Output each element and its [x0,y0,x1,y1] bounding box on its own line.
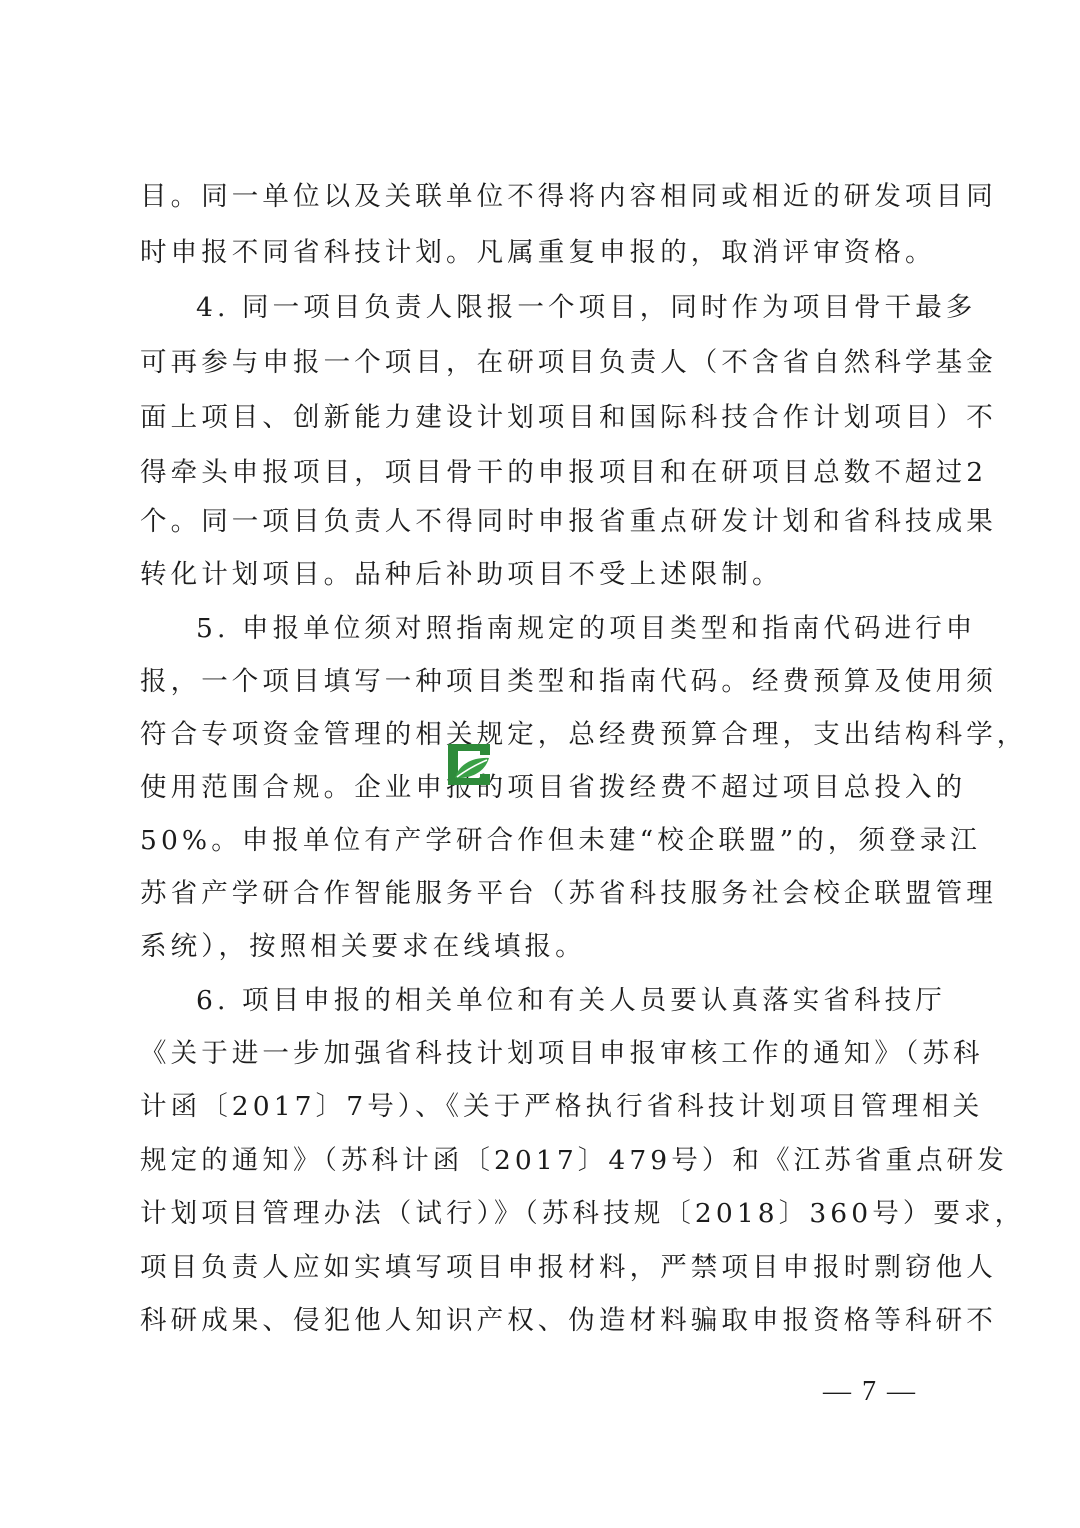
paragraph-5-start: 5. 申报单位须对照指南规定的项目类型和指南代码进行申 [196,609,940,649]
text-line: 计划项目管理办法（试行）》（苏科技规〔2018〕360号）要求， [140,1194,940,1234]
paragraph-6-start: 6. 项目申报的相关单位和有关人员要认真落实省科技厅 [196,981,940,1021]
text-line: 苏省产学研合作智能服务平台（苏省科技服务社会校企联盟管理 [140,874,940,914]
text-line: 项目负责人应如实填写项目申报材料，严禁项目申报时剽窃他人 [140,1248,940,1288]
text-line: 科研成果、侵犯他人知识产权、伪造材料骗取申报资格等科研不 [140,1301,940,1341]
text-line: 得牵头申报项目，项目骨干的申报项目和在研项目总数不超过2 [140,453,940,493]
paragraph-4-start: 4. 同一项目负责人限报一个项目，同时作为项目骨干最多 [196,288,940,328]
document-page: 目。同一单位以及关联单位不得将内容相同或相近的研发项目同 时申报不同省科技计划。… [0,0,1080,1528]
text-line: 系统），按照相关要求在线填报。 [140,927,940,967]
text-line: 使用范围合规。企业申报的项目省拨经费不超过项目总投入的 [140,768,940,808]
text-line: 可再参与申报一个项目，在研项目负责人（不含省自然科学基金 [140,343,940,383]
text-line: 目。同一单位以及关联单位不得将内容相同或相近的研发项目同 [140,177,940,217]
text-line: 报，一个项目填写一种项目类型和指南代码。经费预算及使用须 [140,662,940,702]
text-line: 转化计划项目。品种后补助项目不受上述限制。 [140,555,940,595]
text-line: 面上项目、创新能力建设计划项目和国际科技合作计划项目）不 [140,398,940,438]
text-line: 《关于进一步加强省科技计划项目申报审核工作的通知》（苏科 [140,1034,940,1074]
text-line: 时申报不同省科技计划。凡属重复申报的，取消评审资格。 [140,233,940,273]
page-number: — 7 — [810,1372,930,1412]
text-line: 计函〔2017〕7号）、《关于严格执行省科技计划项目管理相关 [140,1087,940,1127]
text-line: 符合专项资金管理的相关规定，总经费预算合理，支出结构科学， [140,715,940,755]
text-line: 50%。申报单位有产学研合作但未建“校企联盟”的，须登录江 [140,821,940,861]
text-line: 规定的通知》（苏科计函〔2017〕479号）和《江苏省重点研发 [140,1141,940,1181]
leaf-logo-icon [445,742,493,787]
text-line: 个。同一项目负责人不得同时申报省重点研发计划和省科技成果 [140,502,940,542]
